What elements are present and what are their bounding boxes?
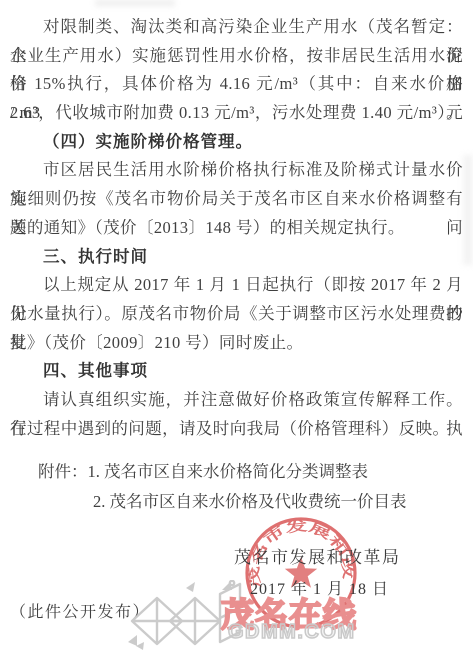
body-line: 市区居民生活用水阶梯价格执行标准及阶梯式计量水价实 [10,156,463,185]
body-line: 行过程中遇到的问题，请及时向我局（价格管理科）反映。 [10,415,463,444]
scan-smudge [463,155,473,265]
attachment-item-2: 2. 茂名市区自来水价格及代收费统一价目表 [38,487,407,517]
body-line: 施细则仍按《茂名市物价局关于茂名市区自来水价格调整有关问 [10,185,463,214]
document-page: 对限制类、淘汰类和高污染企业生产用水（茂名暂定：水泥 企业生产用水）实施惩罚性用… [0,0,473,654]
body-line: 价 15%执行，具体价格为 4.16 元/m³（其中：自来水价格 2.63 元 [10,70,463,99]
body-line: 见水量执行）。原茂名市物价局《关于调整市区污水处理费的批 [10,300,463,329]
watermark-site-url: GDMM.COM [228,621,356,644]
attachment-item-1: 附件：1. 茂名市区自来水价格简化分类调整表 [38,457,407,487]
body-line: 题的通知》（茂价〔2013〕148 号）的相关规定执行。 [10,214,463,243]
attachments-list: 附件：1. 茂名市区自来水价格简化分类调整表 2. 茂名市区自来水价格及代收费统… [38,457,407,516]
section-heading-effective-date: 三、执行时间 [10,243,463,272]
section-heading-tiered-pricing: （四）实施阶梯价格管理。 [10,128,463,157]
body-line: 以上规定从 2017 年 1 月 1 日起执行（即按 2017 年 2 月份抄 [10,271,463,300]
document-body: 对限制类、淘汰类和高污染企业生产用水（茂名暂定：水泥 企业生产用水）实施惩罚性用… [10,13,463,443]
section-heading-other-matters: 四、其他事项 [10,357,463,386]
signature-organization: 茂名市发展和改革局 [234,543,401,568]
scan-smudge [95,0,175,6]
body-line: 企业生产用水）实施惩罚性用水价格，按非居民生活用水价格加 [10,42,463,71]
body-line: 对限制类、淘汰类和高污染企业生产用水（茂名暂定：水泥 [10,13,463,42]
body-line: / m³，代收城市附加费 0.13 元/m³，污水处理费 1.40 元/m³）。 [10,99,463,128]
body-line: 复》（茂价〔2009〕210 号）同时废止。 [10,329,463,358]
body-line: 请认真组织实施，并注意做好价格政策宣传解释工作。在执 [10,386,463,415]
